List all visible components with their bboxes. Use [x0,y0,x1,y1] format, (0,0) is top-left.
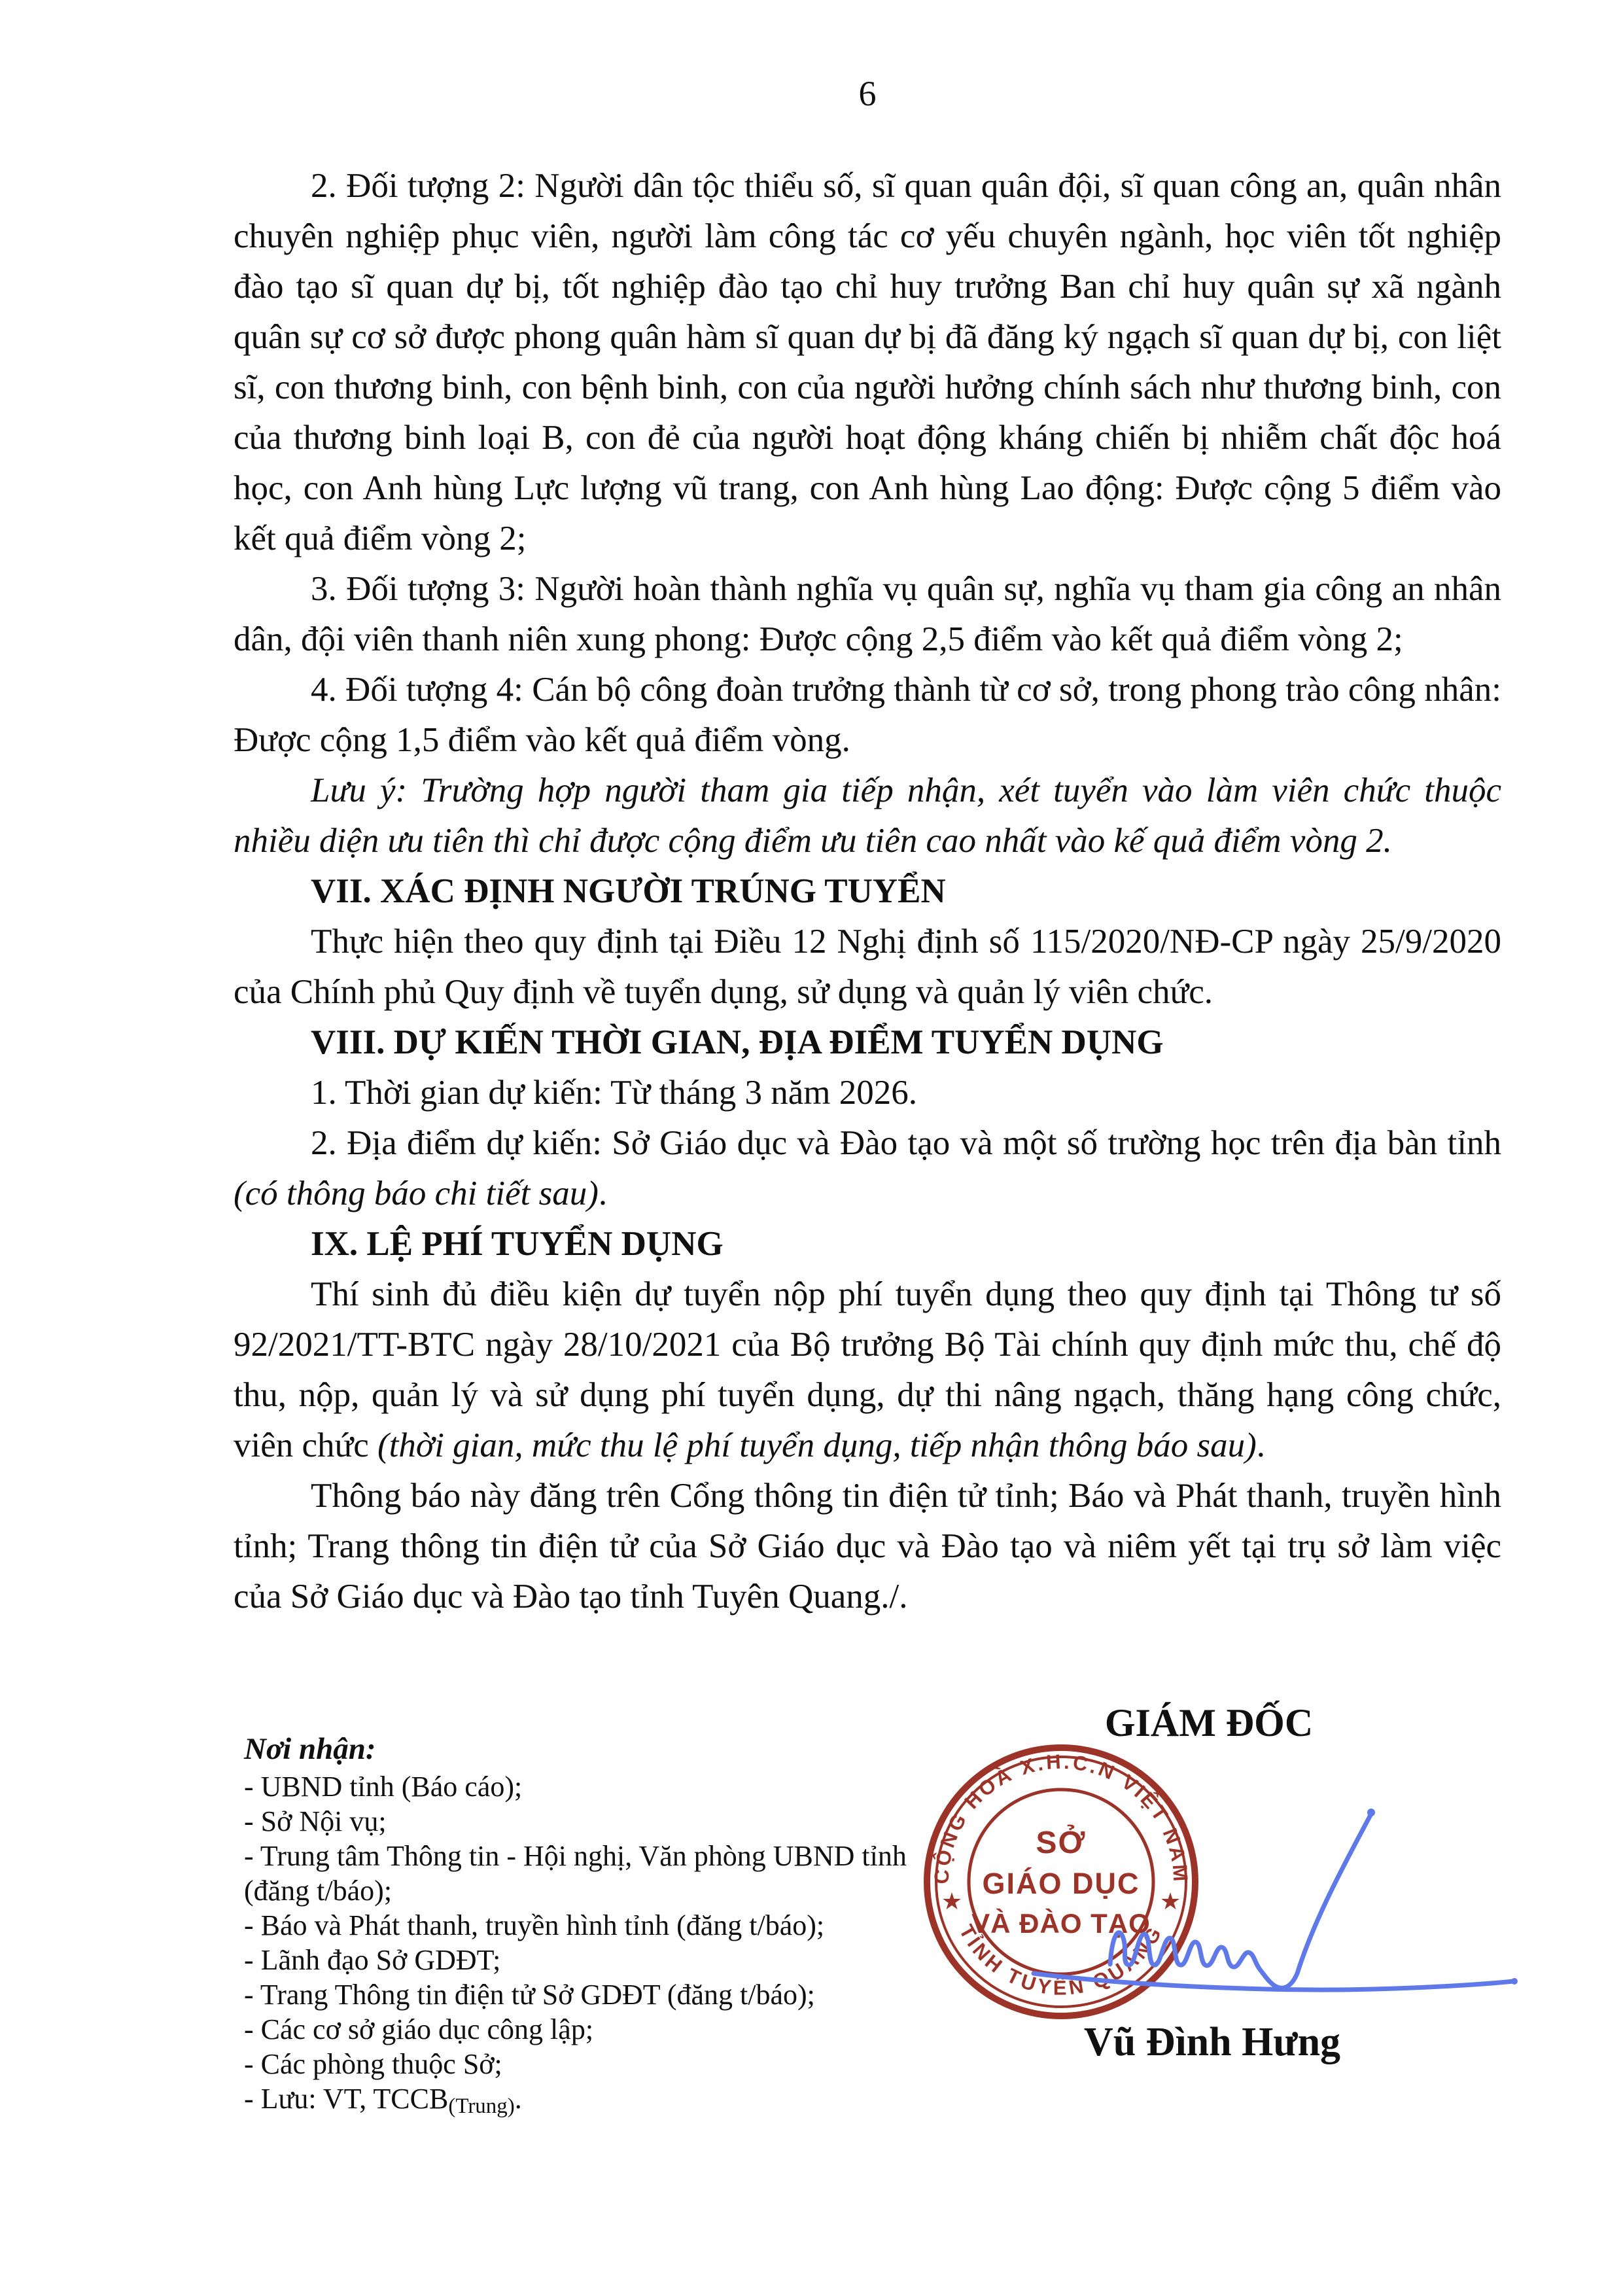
paragraph-doi-tuong-3: 3. Đối tượng 3: Người hoàn thành nghĩa v… [234,564,1501,665]
recipient-item: - Trung tâm Thông tin - Hội nghị, Văn ph… [244,1839,977,1908]
document-body: 2. Đối tượng 2: Người dân tộc thiểu số, … [234,161,1501,1622]
signature-underline-dot [1511,1978,1518,1985]
recipient-item: - Các cơ sở giáo dục công lập; [244,2012,977,2047]
archive-prefix: - Lưu: VT, TCCB [244,2083,448,2115]
recipient-item: - Các phòng thuộc Sở; [244,2047,977,2081]
paragraph-thong-bao: Thông báo này đăng trên Cổng thông tin đ… [234,1471,1501,1622]
heading-ix: IX. LỆ PHÍ TUYỂN DỤNG [234,1219,1501,1269]
document-page: 6 2. Đối tượng 2: Người dân tộc thiểu số… [0,0,1623,2296]
paragraph-dia-diem-italic: (có thông báo chi tiết sau) [234,1174,599,1212]
recipients-label: Nơi nhận: [244,1729,977,1769]
page-number: 6 [234,73,1501,114]
signer-name: Vũ Đình Hưng [1049,2019,1376,2065]
recipient-item: - UBND tỉnh (Báo cáo); [244,1769,977,1804]
paragraph-le-phi-italic: (thời gian, mức thu lệ phí tuyển dụng, t… [377,1426,1257,1464]
archive-subscript: (Trung) [448,2094,514,2118]
signature-scribble [1110,1815,1370,1988]
recipient-item: - Lãnh đạo Sở GDĐT; [244,1943,977,1977]
recipient-item: - Báo và Phát thanh, truyền hình tỉnh (đ… [244,1908,977,1943]
signature-ink [1007,1767,1609,2028]
seal-star-left-icon: ★ [941,1888,962,1915]
paragraph-doi-tuong-4: 4. Đối tượng 4: Cán bộ công đoàn trưởng … [234,665,1501,766]
signature-underline [1034,1973,1513,1990]
paragraph-luu-y: Lưu ý: Trường hợp người tham gia tiếp nh… [234,766,1501,866]
recipient-item: - Sở Nội vụ; [244,1804,977,1839]
heading-vii: VII. XÁC ĐỊNH NGƯỜI TRÚNG TUYỂN [234,866,1501,917]
paragraph-thuc-hien: Thực hiện theo quy định tại Điều 12 Nghị… [234,917,1501,1017]
paragraph-dia-diem: 2. Địa điểm dự kiến: Sở Giáo dục và Đào … [234,1118,1501,1219]
recipients-block: Nơi nhận: - UBND tỉnh (Báo cáo); - Sở Nộ… [244,1729,977,2119]
recipient-item: - Trang Thông tin điện tử Sở GDĐT (đăng … [244,1977,977,2012]
signature-pen-dot [1367,1809,1375,1816]
paragraph-dia-diem-text: 2. Địa điểm dự kiến: Sở Giáo dục và Đào … [311,1124,1501,1162]
signer-title: GIÁM ĐỐC [1045,1701,1372,1744]
heading-viii: VIII. DỰ KIẾN THỜI GIAN, ĐỊA ĐIỂM TUYỂN … [234,1017,1501,1068]
paragraph-le-phi-tail: . [1257,1426,1265,1464]
signature-strokes [1007,1767,1609,2028]
recipient-item-archive: - Lưu: VT, TCCB(Trung). [244,2081,977,2119]
paragraph-dia-diem-tail: . [599,1174,607,1212]
paragraph-thoi-gian: 1. Thời gian dự kiến: Từ tháng 3 năm 202… [234,1068,1501,1118]
paragraph-le-phi: Thí sinh đủ điều kiện dự tuyển nộp phí t… [234,1269,1501,1471]
archive-suffix: . [515,2083,522,2115]
paragraph-doi-tuong-2: 2. Đối tượng 2: Người dân tộc thiểu số, … [234,161,1501,564]
